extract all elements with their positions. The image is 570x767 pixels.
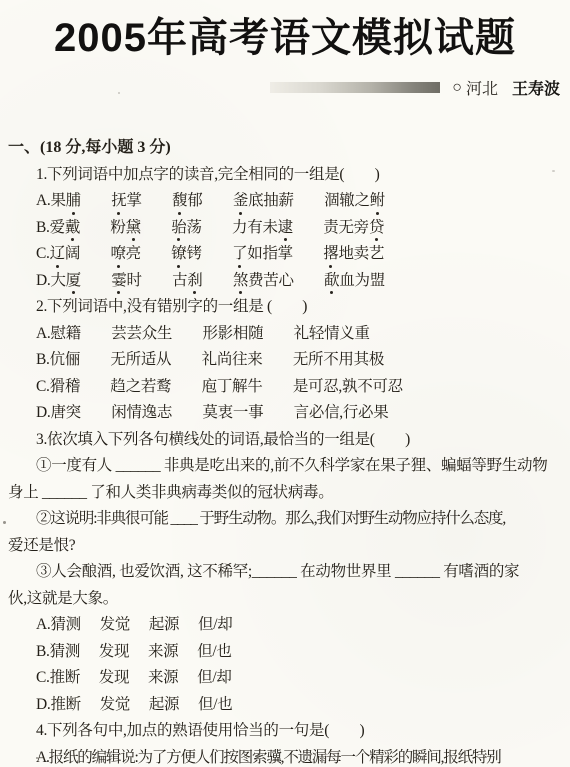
emphasis-dotted-char: 撂 xyxy=(323,241,338,268)
emphasis-dotted-char: 歃 xyxy=(324,268,339,295)
byline-region: 河北 xyxy=(466,76,498,99)
byline-gradient-bar xyxy=(270,82,440,93)
scan-speck xyxy=(552,170,555,172)
emphasis-dotted-char: 索 xyxy=(252,745,266,767)
text-line: D.唐突 闲情逸志 莫衷一事 言必信,行必果 xyxy=(8,400,570,427)
exam-body: 一、(18 分,每小题 3 分)1.下列词语中加点字的读音,完全相同的一组是( … xyxy=(8,135,570,767)
text-line: 一、(18 分,每小题 3 分) xyxy=(8,135,570,162)
emphasis-dotted-char: 嘹 xyxy=(110,241,125,268)
text-line: C.猾稽 趋之若鹜 庖丁解牛 是可忍,孰不可忍 xyxy=(8,374,570,401)
emphasis-dotted-char: 脯 xyxy=(66,188,81,215)
emphasis-dotted-char: 馥 xyxy=(172,188,187,215)
byline-author: 王寿波 xyxy=(512,76,560,99)
text-line: 2.下列词语中,没有错别字的一组是 ( ) xyxy=(8,294,570,321)
page-title: 2005年高考语文模拟试题 xyxy=(0,6,570,63)
circle-bullet-icon: ○ xyxy=(452,79,462,97)
text-line: A.果脯 抚掌 馥郁 釜底抽薪 涸辙之鲋 xyxy=(8,188,570,215)
emphasis-dotted-char: 霎 xyxy=(111,268,126,295)
emphasis-dotted-char: 逮 xyxy=(278,215,293,242)
text-line: ③人会酿酒, 也爱饮酒, 这不稀罕;______ 在动物世界里 ______ 有… xyxy=(8,559,570,586)
text-line: 4.下列各句中,加点的熟语使用恰当的一句是( ) xyxy=(8,718,570,745)
emphasis-dotted-char: 镣 xyxy=(171,241,186,268)
text-line: ①一度有人 ______ 非典是吃出来的,前不久科学家在果子狸、蝙蝠等野生动物 xyxy=(8,453,570,480)
emphasis-dotted-char: 辽 xyxy=(50,241,65,268)
text-line: 身上 ______ 了和人类非典病毒类似的冠状病毒。 xyxy=(8,480,570,507)
emphasis-dotted-char: 鲋 xyxy=(370,188,385,215)
emphasis-dotted-char: 了 xyxy=(232,241,247,268)
text-line: D.大厦 霎时 古刹 煞费苦心 歃血为盟 xyxy=(8,268,570,295)
emphasis-dotted-char: 贷 xyxy=(369,215,384,242)
scanned-exam-page: 2005年高考语文模拟试题 ○ 河北 王寿波 一、(18 分,每小题 3 分)1… xyxy=(0,0,570,767)
text-line: A.报纸的编辑说:为了方便人们按图索骥,不遗漏每一个精彩的瞬间,报纸特别 xyxy=(8,745,570,767)
emphasis-dotted-char: 骥 xyxy=(266,745,280,767)
emphasis-dotted-char: 釜 xyxy=(233,188,248,215)
text-line: B.猜测 发现 来源 但/也 xyxy=(8,639,570,666)
scan-speck xyxy=(118,92,120,94)
emphasis-dotted-char: 图 xyxy=(238,745,252,767)
emphasis-dotted-char: 黛 xyxy=(126,215,141,242)
emphasis-dotted-char: 按 xyxy=(223,745,237,767)
emphasis-dotted-char: 刹 xyxy=(187,268,202,295)
emphasis-dotted-char: 戴 xyxy=(65,215,80,242)
scan-speck xyxy=(3,521,6,524)
text-line: B.伉俪 无所适从 礼尚往来 无所不用其极 xyxy=(8,347,570,374)
text-line: B.爱戴 粉黛 骀荡 力有未逮 责无旁贷 xyxy=(8,215,570,242)
text-line: 3.依次填入下列各句横线处的词语,最恰当的一组是( ) xyxy=(8,427,570,454)
emphasis-dotted-char: 煞 xyxy=(233,268,248,295)
text-line: C.辽阔 嘹亮 镣铐 了如指掌 撂地卖艺 xyxy=(8,241,570,268)
emphasis-dotted-char: 厦 xyxy=(66,268,81,295)
text-line: 爱还是恨? xyxy=(8,533,570,560)
text-line: D.推断 发觉 起源 但/也 xyxy=(8,692,570,719)
emphasis-dotted-char: 抚 xyxy=(111,188,126,215)
text-line: ②这说明:非典很可能 ____ 于野生动物。那么,我们对野生动物应持什么态度, xyxy=(8,506,570,533)
byline: ○ 河北 王寿波 xyxy=(270,76,560,99)
scan-speck xyxy=(36,757,38,759)
text-line: 伙,这就是大象。 xyxy=(8,586,570,613)
text-line: C.推断 发现 来源 但/却 xyxy=(8,665,570,692)
emphasis-dotted-char: 骀 xyxy=(171,215,186,242)
text-line: 1.下列词语中加点字的读音,完全相同的一组是( ) xyxy=(8,162,570,189)
text-line: A.慰籍 芸芸众生 形影相随 礼轻情义重 xyxy=(8,321,570,348)
text-line: A.猜测 发觉 起源 但/却 xyxy=(8,612,570,639)
